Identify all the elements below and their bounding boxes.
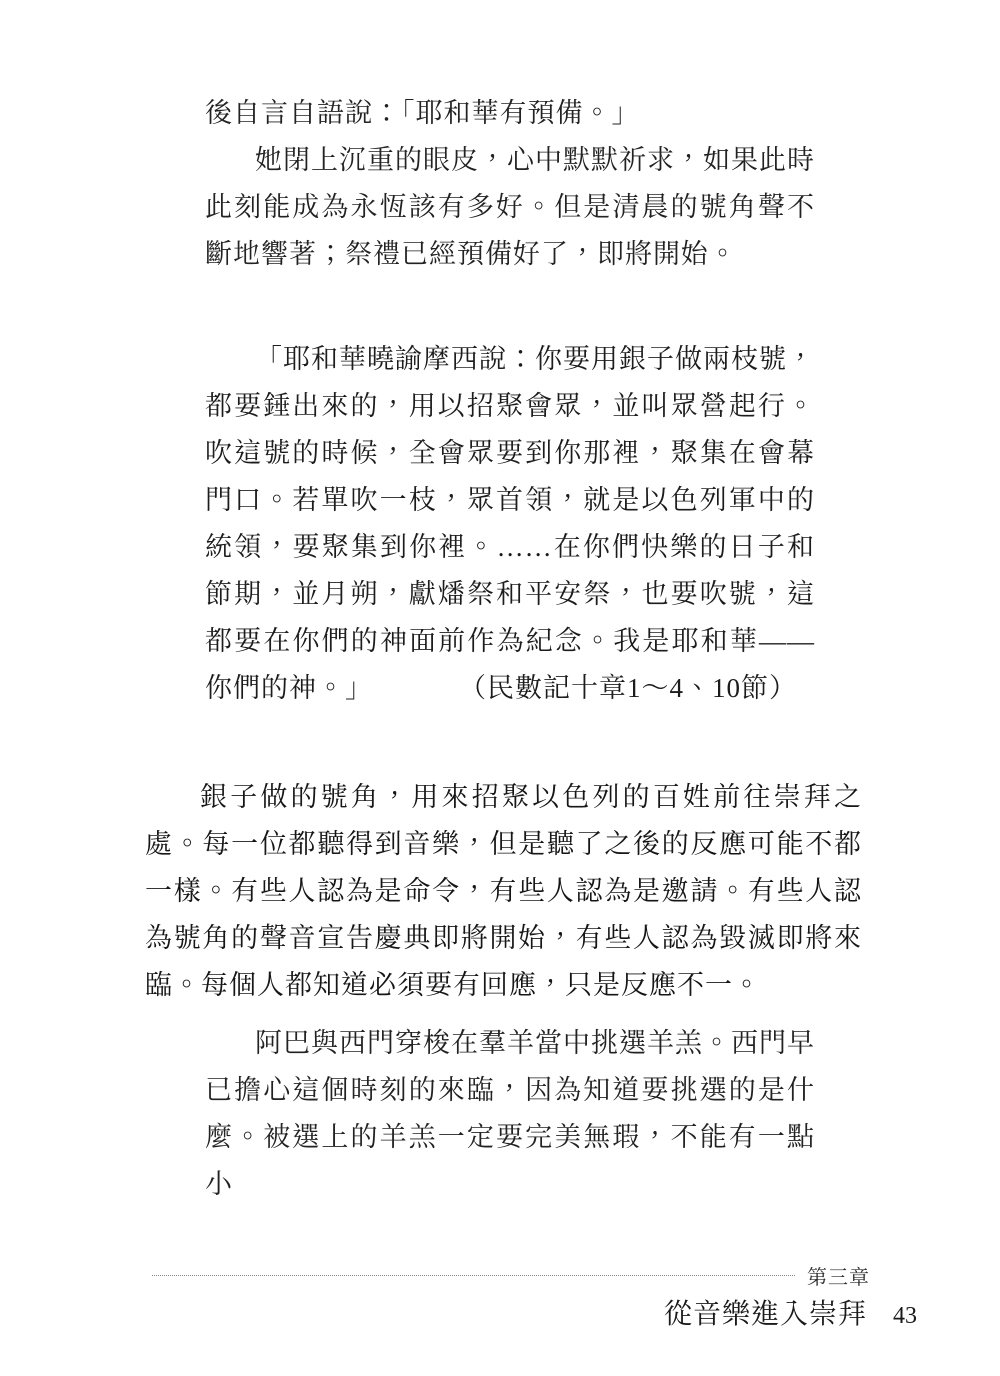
story-continuation-line: 後自言自語說：「耶和華有預備。」	[205, 90, 815, 137]
story-paragraph-2: 阿巴與西門穿梭在羣羊當中挑選羊羔。西門早已擔心這個時刻的來臨，因為知道要挑選的是…	[205, 1020, 815, 1208]
commentary-paragraph: 銀子做的號角，用來招聚以色列的百姓前往崇拜之處。每一位都聽得到音樂，但是聽了之後…	[145, 774, 862, 1009]
scripture-quote-block: 「耶和華曉諭摩西說：你要用銀子做兩枝號，都要錘出來的，用以招聚會眾，並叫眾營起行…	[145, 336, 862, 712]
commentary-block: 銀子做的號角，用來招聚以色列的百姓前往崇拜之處。每一位都聽得到音樂，但是聽了之後…	[145, 774, 862, 1009]
page-number: 43	[893, 1303, 917, 1329]
footer-rule-row: 第三章	[152, 1262, 917, 1288]
page-footer: 第三章 從音樂進入崇拜 43	[152, 1262, 917, 1332]
footer-title-row: 從音樂進入崇拜 43	[152, 1292, 917, 1332]
scripture-quote-text: 「耶和華曉諭摩西說：你要用銀子做兩枝號，都要錘出來的，用以招聚會眾，並叫眾營起行…	[205, 336, 815, 712]
story-block-2: 阿巴與西門穿梭在羣羊當中挑選羊羔。西門早已擔心這個時刻的來臨，因為知道要挑選的是…	[145, 1020, 862, 1208]
story-block-1: 後自言自語說：「耶和華有預備。」 她閉上沉重的眼皮，心中默默祈求，如果此時此刻能…	[145, 90, 862, 278]
footer-divider-rule	[152, 1275, 795, 1276]
running-title: 從音樂進入崇拜	[664, 1299, 867, 1330]
story-paragraph: 她閉上沉重的眼皮，心中默默祈求，如果此時此刻能成為永恆該有多好。但是清晨的號角聲…	[205, 137, 815, 278]
chapter-label: 第三章	[807, 1261, 870, 1290]
book-page: 後自言自語說：「耶和華有預備。」 她閉上沉重的眼皮，心中默默祈求，如果此時此刻能…	[0, 0, 1000, 1376]
page-content: 後自言自語說：「耶和華有預備。」 她閉上沉重的眼皮，心中默默祈求，如果此時此刻能…	[145, 90, 862, 1208]
